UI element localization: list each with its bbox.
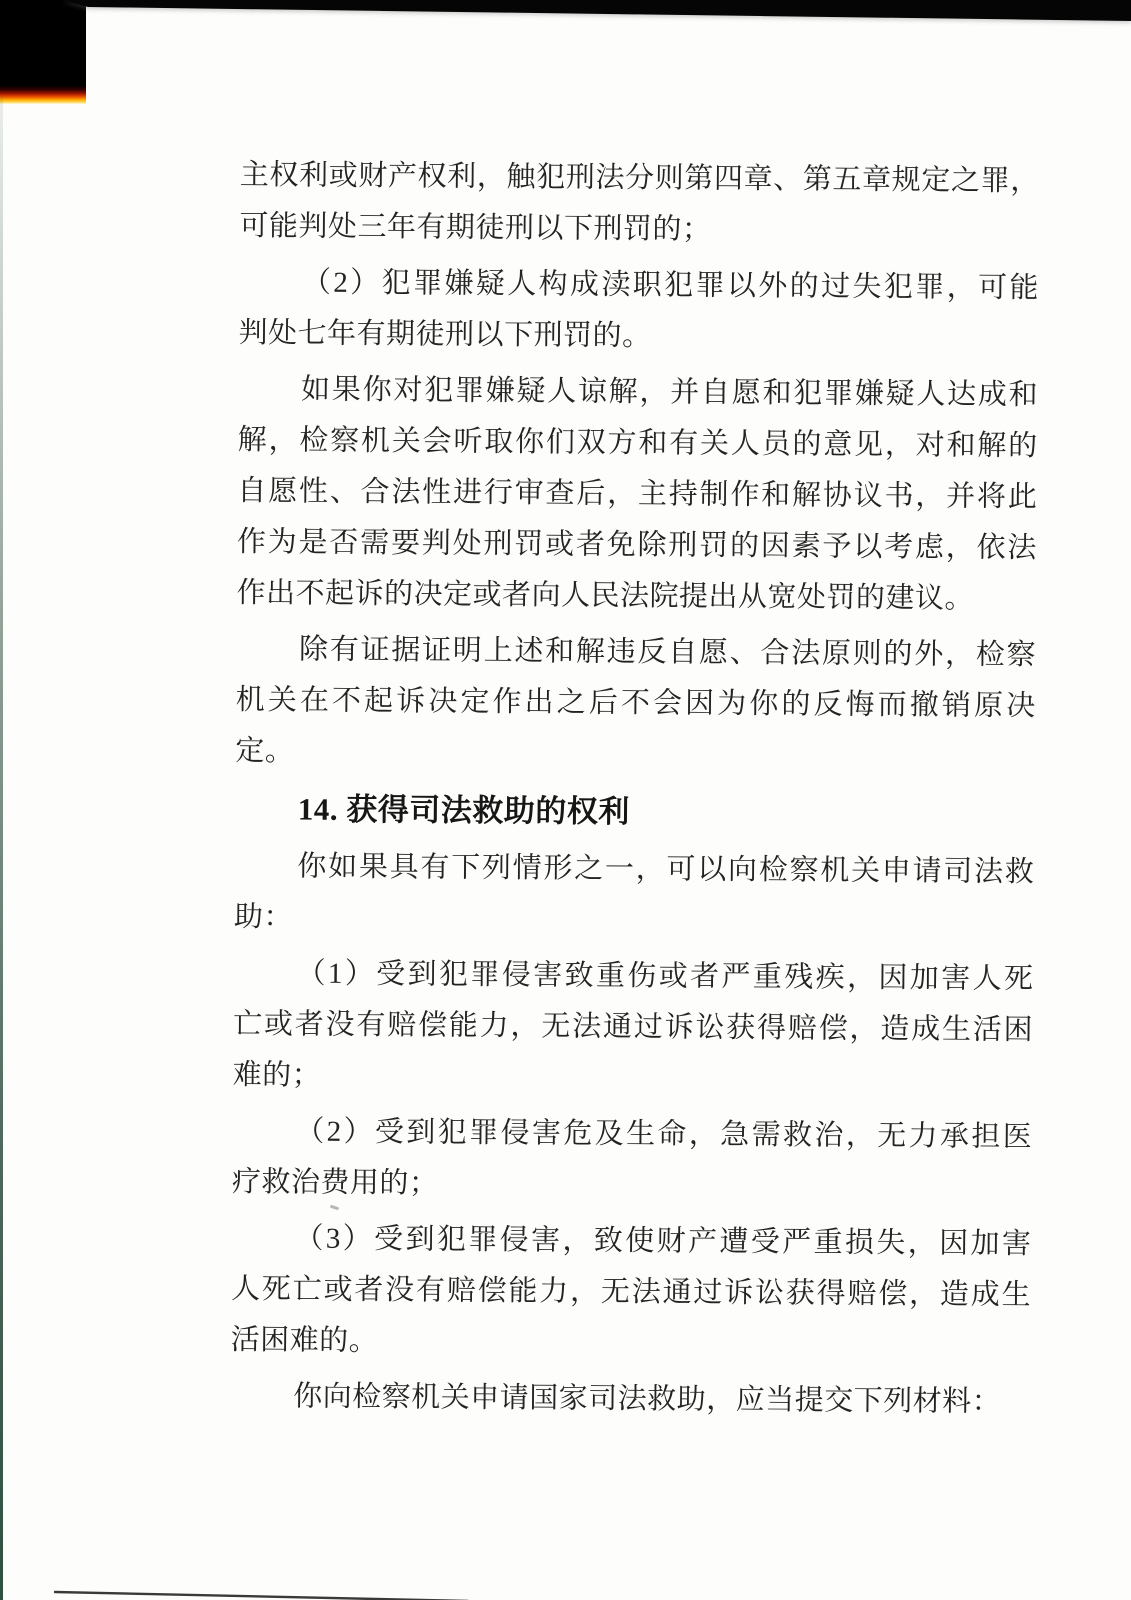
section-heading: 14. 获得司法救助的权利 bbox=[235, 783, 1035, 840]
scanned-document-page: 主权利或财产权利，触犯刑法分则第四章、第五章规定之罪，可能判处三年有期徒刑以下刑… bbox=[0, 0, 1131, 1600]
text-line: 助： bbox=[234, 892, 1034, 949]
top-edge-wedge bbox=[62, 0, 1131, 21]
text-line: 疗救治费用的； bbox=[232, 1157, 1032, 1214]
paragraph: 你向检察机关申请国家司法救助，应当提交下列材料： bbox=[230, 1371, 1030, 1428]
text-line: 解，检察机关会听取你们双方和有关人员的意见，对和解的 bbox=[238, 415, 1038, 472]
text-line: （2）受到犯罪侵害危及生命，急需救治，无力承担医 bbox=[232, 1106, 1032, 1163]
text-line: 作为是否需要判处刑罚或者免除刑罚的因素予以考虑，依法 bbox=[237, 517, 1037, 574]
text-line: 定。 bbox=[235, 726, 1035, 783]
text-line: 可能判处三年有期徒刑以下刑罚的； bbox=[239, 201, 1039, 258]
text-line: 人死亡或者没有赔偿能力，无法通过诉讼获得赔偿，造成生 bbox=[231, 1264, 1031, 1321]
text-line: 你如果具有下列情形之一，可以向检察机关申请司法救 bbox=[234, 841, 1034, 898]
paragraph: （1）受到犯罪侵害致重伤或者严重残疾，因加害人死亡或者没有赔偿能力，无法通过诉讼… bbox=[233, 948, 1034, 1107]
paragraph: （2）受到犯罪侵害危及生命，急需救治，无力承担医疗救治费用的； bbox=[232, 1106, 1033, 1214]
paragraph: 如果你对犯罪嫌疑人谅解，并自愿和犯罪嫌疑人达成和解，检察机关会听取你们双方和有关… bbox=[236, 364, 1038, 625]
text-line: 亡或者没有赔偿能力，无法通过诉讼获得赔偿，造成生活困 bbox=[233, 999, 1033, 1056]
text-line: 主权利或财产权利，触犯刑法分则第四章、第五章规定之罪， bbox=[240, 150, 1040, 207]
paragraph: 你如果具有下列情形之一，可以向检察机关申请司法救助： bbox=[234, 841, 1035, 949]
paragraph: （2）犯罪嫌疑人构成渎职犯罪以外的过失犯罪，可能判处七年有期徒刑以下刑罚的。 bbox=[238, 257, 1039, 365]
text-line: 难的； bbox=[233, 1050, 1033, 1107]
text-line: （3）受到犯罪侵害，致使财产遭受严重损失，因加害 bbox=[231, 1213, 1031, 1270]
paragraph: 除有证据证明上述和解违反自愿、合法原则的外，检察机关在不起诉决定作出之后不会因为… bbox=[235, 624, 1036, 783]
text-line: 你向检察机关申请国家司法救助，应当提交下列材料： bbox=[230, 1371, 1030, 1428]
scan-corner-artifact bbox=[0, 0, 86, 104]
document-text: 主权利或财产权利，触犯刑法分则第四章、第五章规定之罪，可能判处三年有期徒刑以下刑… bbox=[230, 150, 1040, 1433]
text-line: 如果你对犯罪嫌疑人谅解，并自愿和犯罪嫌疑人达成和 bbox=[238, 364, 1038, 421]
heading-line: 14. 获得司法救助的权利 bbox=[235, 783, 1035, 840]
paragraph: （3）受到犯罪侵害，致使财产遭受严重损失，因加害人死亡或者没有赔偿能力，无法通过… bbox=[230, 1213, 1031, 1372]
text-line: （2）犯罪嫌疑人构成渎职犯罪以外的过失犯罪，可能 bbox=[239, 257, 1039, 314]
text-line: 作出不起诉的决定或者向人民法院提出从宽处罚的建议。 bbox=[236, 568, 1036, 625]
text-line: 判处七年有期徒刑以下刑罚的。 bbox=[238, 308, 1038, 365]
scan-left-edge-artifact bbox=[0, 96, 3, 1600]
text-line: 机关在不起诉决定作出之后不会因为你的反悔而撤销原决 bbox=[235, 675, 1035, 732]
bottom-edge-line bbox=[55, 1592, 468, 1600]
text-line: 自愿性、合法性进行审查后，主持制作和解协议书，并将此 bbox=[237, 466, 1037, 523]
text-line: 除有证据证明上述和解违反自愿、合法原则的外，检察 bbox=[236, 624, 1036, 681]
paragraph: 主权利或财产权利，触犯刑法分则第四章、第五章规定之罪，可能判处三年有期徒刑以下刑… bbox=[239, 150, 1040, 258]
text-line: （1）受到犯罪侵害致重伤或者严重残疾，因加害人死 bbox=[233, 948, 1033, 1005]
text-line: 活困难的。 bbox=[230, 1315, 1030, 1372]
